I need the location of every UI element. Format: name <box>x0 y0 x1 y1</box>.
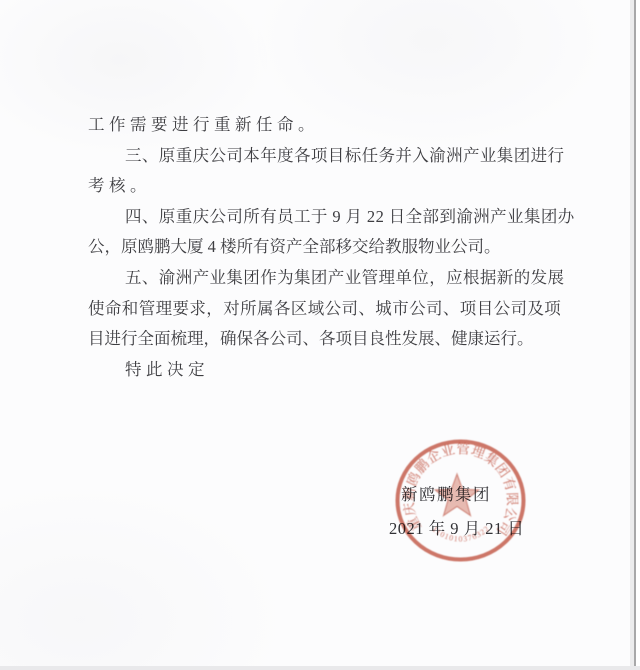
star-icon <box>435 474 479 516</box>
doc-line: 使命和管理要求，对所属各区域公司、城市公司、项目公司及项 <box>88 294 572 325</box>
company-seal: 重庆新鸥鹏企业管理集团有限公司 1101010376322 <box>393 437 531 567</box>
seal-serial-container: 1101010376322 <box>430 524 491 544</box>
doc-line: 五、渝洲产业集团作为集团产业管理单位，应根据新的发展 <box>88 263 572 294</box>
seal-serial-number: 1101010376322 <box>430 524 491 544</box>
scanned-document-page: 工作需要进行重新任命。 三、原重庆公司本年度各项目标任务并入渝洲产业集团进行 考… <box>0 0 640 670</box>
doc-closing-line: 特此决定 <box>88 355 572 386</box>
doc-line: 三、原重庆公司本年度各项目标任务并入渝洲产业集团进行 <box>88 141 572 172</box>
doc-line: 考核。 <box>88 171 572 202</box>
scan-bottom-band <box>0 666 640 670</box>
doc-line: 四、原重庆公司所有员工于 9 月 22 日全部到渝洲产业集团办 <box>88 202 572 233</box>
scan-edge-margin <box>636 0 640 670</box>
doc-line: 目进行全面梳理，确保各公司、各项目良性发展、健康运行。 <box>88 324 572 355</box>
doc-line: 工作需要进行重新任命。 <box>88 110 572 141</box>
doc-line: 公，原鸥鹏大厦 4 楼所有资产全部移交给教服物业公司。 <box>88 232 572 263</box>
document-body: 工作需要进行重新任命。 三、原重庆公司本年度各项目标任务并入渝洲产业集团进行 考… <box>88 110 572 385</box>
